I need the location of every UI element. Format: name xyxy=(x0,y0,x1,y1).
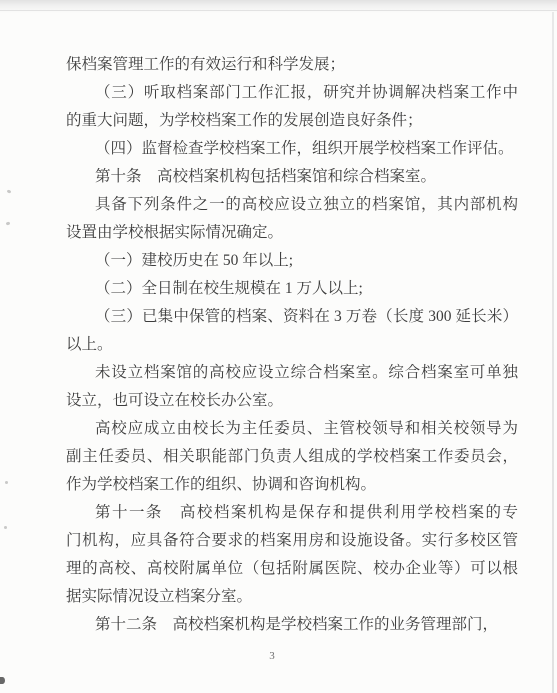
text-line: （一）建校历史在 50 年以上; xyxy=(66,247,518,275)
scan-speck xyxy=(7,189,12,193)
scan-right-edge xyxy=(552,12,554,693)
text-line: 保档案管理工作的有效运行和科学发展； xyxy=(66,51,518,79)
text-line: 第十条 高校档案机构包括档案馆和综合档案室。 xyxy=(66,163,518,191)
text-line: 以上。 xyxy=(66,331,518,359)
text-line: 理的高校、高校附属单位（包括附属医院、校办企业等）可以根 xyxy=(66,555,518,583)
text-line: （三）听取档案部门工作汇报，研究并协调解决档案工作中 xyxy=(66,79,518,107)
text-line: （二）全日制在校生规模在 1 万人以上; xyxy=(66,275,518,303)
text-line: 具备下列条件之一的高校应设立独立的档案馆，其内部机构 xyxy=(66,191,518,219)
document-lines: 保档案管理工作的有效运行和科学发展；（三）听取档案部门工作汇报，研究并协调解决档… xyxy=(66,51,518,639)
text-line: 据实际情况设立档案分室。 xyxy=(66,583,518,611)
scan-speck xyxy=(6,222,11,226)
page-number: 3 xyxy=(0,649,545,663)
text-line: 副主任委员、相关职能部门负责人组成的学校档案工作委员会， xyxy=(66,443,518,471)
scan-speck xyxy=(4,526,7,529)
scanned-document-page: 保档案管理工作的有效运行和科学发展；（三）听取档案部门工作汇报，研究并协调解决档… xyxy=(0,0,557,693)
text-line: 作为学校档案工作的组织、协调和咨询机构。 xyxy=(66,471,518,499)
text-line: 门机构，应具备符合要求的档案用房和设施设备。实行多校区管 xyxy=(66,527,518,555)
scan-top-edge xyxy=(0,10,557,11)
text-line: 第十二条 高校档案机构是学校档案工作的业务管理部门， xyxy=(66,611,518,639)
text-line: 的重大问题，为学校档案工作的发展创造良好条件； xyxy=(66,107,518,135)
text-line: 设立，也可设立在校长办公室。 xyxy=(66,387,518,415)
text-line: 高校应成立由校长为主任委员、主管校领导和相关校领导为 xyxy=(66,415,518,443)
text-line: 第十一条 高校档案机构是保存和提供利用学校档案的专 xyxy=(66,499,518,527)
text-line: 未设立档案馆的高校应设立综合档案室。综合档案室可单独 xyxy=(66,359,518,387)
text-line: （四）监督检查学校档案工作，组织开展学校档案工作评估。 xyxy=(66,135,518,163)
text-line: 设置由学校根据实际情况确定。 xyxy=(66,219,518,247)
scan-corner-mark xyxy=(0,677,5,684)
text-line: （三）已集中保管的档案、资料在 3 万卷（长度 300 延长米） xyxy=(66,303,518,331)
scan-speck xyxy=(5,481,8,484)
